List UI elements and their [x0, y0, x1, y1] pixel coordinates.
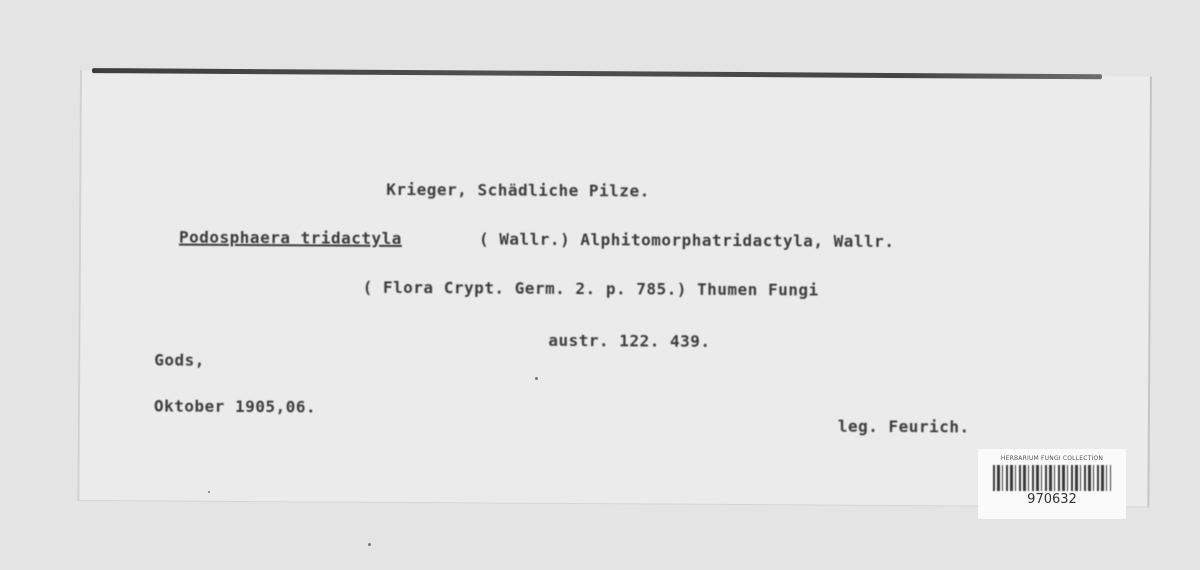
citation-line-1: ( Flora Crypt. Germ. 2. p. 785.) Thumen … [363, 278, 819, 300]
dust-speck [208, 491, 210, 493]
date-line: Oktober 1905,06. [154, 396, 316, 416]
citation-line-2: austr. 122. 439. [548, 331, 710, 351]
reference-line: Krieger, Schädliche Pilze. [386, 180, 650, 201]
barcode-header: HERBARIUM FUNGI COLLECTION [1001, 455, 1103, 462]
dust-speck [368, 543, 371, 546]
barcode-number: 970632 [1027, 492, 1077, 507]
barcode-label: HERBARIUM FUNGI COLLECTION 970632 [978, 449, 1126, 519]
barcode-icon [993, 465, 1111, 491]
collector-line: leg. Feurich. [838, 417, 970, 437]
label-top-edge [92, 68, 1102, 79]
species-author: ( Wallr.) Alphitomorphatridactyla, Wallr… [479, 229, 895, 251]
species-name: Podosphaera tridactyla [179, 228, 402, 248]
specimen-label-card: Krieger, Schädliche Pilze. Podosphaera t… [77, 70, 1152, 508]
dust-speck [535, 377, 538, 380]
locality-line: Gods, [154, 350, 205, 369]
